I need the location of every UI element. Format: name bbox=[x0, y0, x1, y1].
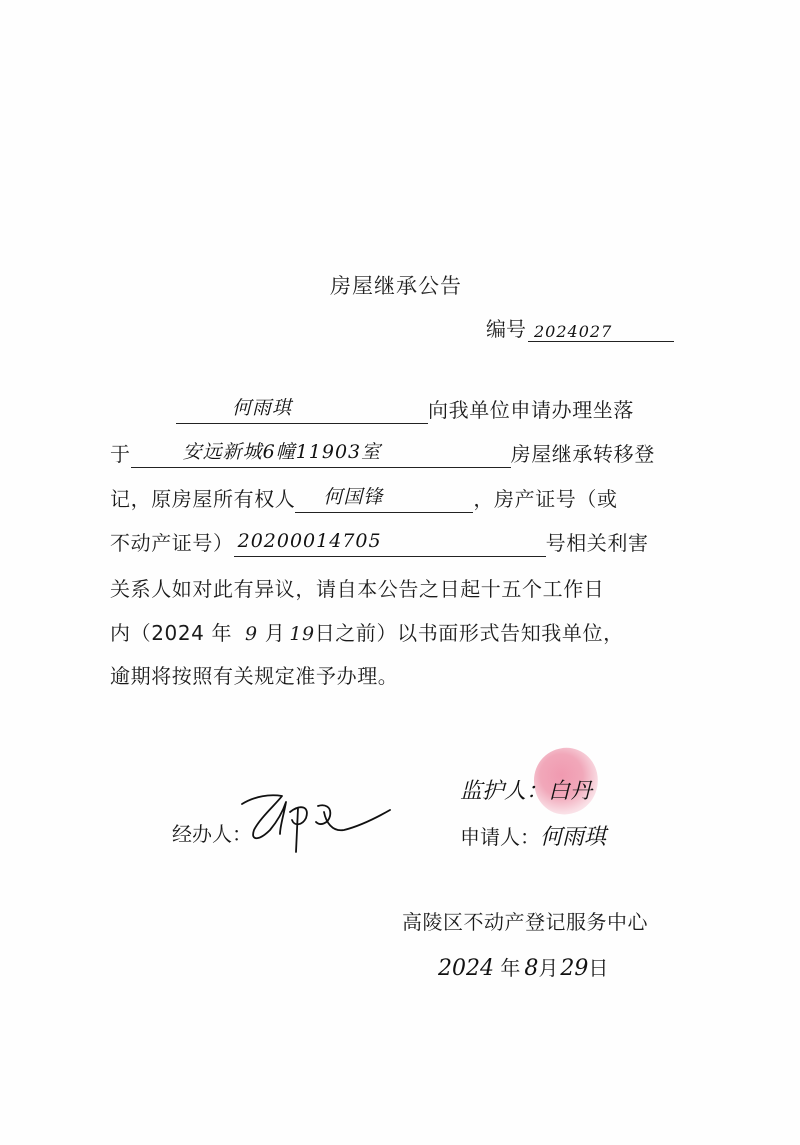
serial-value: 2024027 bbox=[534, 322, 612, 341]
paragraph-line-6: 内（2024 年 9 月19日之前）以书面形式告知我单位， bbox=[110, 619, 624, 648]
date-day: 29 bbox=[560, 956, 588, 981]
document-title: 房屋继承公告 bbox=[330, 270, 462, 300]
date-year: 2024 bbox=[438, 956, 494, 981]
paragraph-text: 不动产证号） bbox=[110, 531, 234, 555]
paragraph-line-2: 于安远新城6幢11903室房屋继承转移登 bbox=[110, 440, 655, 468]
paragraph-text: 于 bbox=[110, 442, 131, 466]
paragraph-line-3: 记，原房屋所有权人何国锋，房产证号（或 bbox=[110, 485, 618, 513]
paragraph-line-1: 何雨琪向我单位申请办理坐落 bbox=[176, 396, 634, 424]
serial-blank: 2024027 bbox=[528, 319, 674, 342]
applicant-signature: 何雨琪 bbox=[540, 825, 606, 850]
original-owner-blank: 何国锋 bbox=[295, 486, 473, 513]
certificate-number-blank: 20200014705 bbox=[234, 530, 546, 557]
paragraph-text: 号相关利害 bbox=[546, 531, 649, 555]
deadline-day: 19 bbox=[289, 623, 314, 645]
date-day-label: 日 bbox=[588, 956, 608, 980]
date-month-label: 月 bbox=[538, 956, 558, 980]
deadline-month: 9 bbox=[245, 623, 258, 645]
paragraph-text: 日之前）以书面形式告知我单位， bbox=[315, 621, 624, 645]
paragraph-text: 向我单位申请办理坐落 bbox=[428, 398, 634, 422]
applicant-name-value: 何雨琪 bbox=[232, 394, 292, 422]
location-value: 安远新城6幢11903室 bbox=[183, 438, 382, 466]
applicant-name-blank: 何雨琪 bbox=[176, 397, 428, 424]
paragraph-line-7: 逾期将按照有关规定准予办理。 bbox=[110, 662, 398, 690]
certificate-number-value: 20200014705 bbox=[238, 527, 382, 555]
applicant-label: 申请人： bbox=[460, 825, 540, 849]
location-blank: 安远新城6幢11903室 bbox=[131, 441, 511, 468]
guardian-name: 白丹 bbox=[548, 779, 592, 804]
serial-number-row: 编号2024027 bbox=[486, 313, 674, 342]
applicant-signature-row: 申请人：何雨琪 bbox=[460, 820, 606, 851]
paragraph-text: 记，原房屋所有权人 bbox=[110, 487, 295, 511]
issue-date: 2024 年8月29日 bbox=[438, 952, 608, 981]
notice-page: 房屋继承公告 编号2024027 何雨琪向我单位申请办理坐落 于安远新城6幢11… bbox=[0, 0, 800, 1145]
issuing-office: 高陵区不动产登记服务中心 bbox=[402, 906, 648, 935]
paragraph-text: 房屋继承转移登 bbox=[511, 442, 655, 466]
paragraph-text: 内（2024 年 bbox=[110, 621, 232, 645]
serial-label: 编号 bbox=[486, 317, 526, 341]
guardian-signature-row: 监护人：白丹 bbox=[460, 774, 592, 805]
paragraph-line-5: 关系人如对此有异议，请自本公告之日起十五个工作日 bbox=[110, 575, 604, 603]
date-month: 8 bbox=[524, 956, 538, 981]
guardian-label: 监护人： bbox=[460, 779, 548, 804]
clerk-signature-icon bbox=[240, 790, 400, 860]
paragraph-line-4: 不动产证号）20200014705号相关利害 bbox=[110, 529, 649, 557]
paragraph-text: 月 bbox=[265, 621, 286, 645]
paragraph-text: ，房产证号（或 bbox=[473, 487, 617, 511]
date-year-label: 年 bbox=[500, 956, 520, 980]
original-owner-value: 何国锋 bbox=[323, 483, 383, 511]
